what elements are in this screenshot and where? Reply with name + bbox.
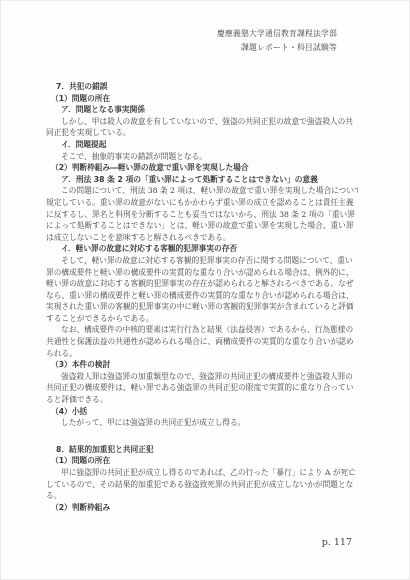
text-line-cont: 実現された重い罪の客観的犯罪事実の中に軽い罪の客観的犯罪事実が含まれていると評価: [46, 301, 358, 313]
text-line-h2: （2）判断枠組み: [46, 502, 358, 514]
text-line-h1: 8．結果的加重犯と共同正犯: [46, 444, 358, 456]
document-page: 慶應義塾大学通信教育課程法学部 課題レポート・科目試験等 7．共犯の錯誤（1）問…: [0, 0, 410, 580]
text-line-indent: 甲に強盗罪の共同正犯が成立し得るのであれば、乙の行った「暴行」により A が死亡: [46, 467, 358, 479]
blank-line: [46, 429, 358, 444]
text-line-cont: することができるからである。: [46, 313, 358, 325]
header-subtitle: 課題レポート・科目試験等: [217, 41, 337, 55]
text-line-indent: したがって、甲には強盗罪の共同正犯が成立し得る。: [46, 417, 358, 429]
text-line-cont: しているので、その結果的加重犯である強盗致死罪の共同正犯が成立しないかが問題とな: [46, 479, 358, 491]
document-body: 7．共犯の錯誤（1）問題の所在ア．問題となる事実関係しかし、甲は殺人の故意を有し…: [46, 81, 358, 513]
text-line-cont: なら、重い罪の構成要件と軽い罪の構成要件の実質的な重なり合いが認められる場合は、: [46, 290, 358, 302]
text-line-cont: に反するし、罪名と科刑を分断することも妥当ではないから、刑法 38 条 2 項の…: [46, 209, 358, 221]
text-line-h3: イ．問題提起: [46, 139, 358, 151]
text-line-cont: は成立しないことを意味すると解されるべきである。: [46, 232, 358, 244]
page-number: p. 117: [322, 537, 352, 548]
text-line-cont: 罪の構成要件と軽い罪の構成要件の実質的な重なり合いが認められる場合は、例外的に、: [46, 267, 358, 279]
text-line-h3: イ．軽い罪の故意に対応する客観的犯罪事実の存否: [46, 243, 358, 255]
text-line-cont: る。: [46, 490, 358, 502]
text-line-indent: そこで、抽象的事実の錯誤が問題となる。: [46, 151, 358, 163]
text-line-cont: によって処断することはできない」とは、軽い罪の故意で重い罪を実現した場合、重い罪: [46, 220, 358, 232]
text-line-cont: 共同正犯の構成要件は、軽い罪である強盗罪の共同正犯の限度で実質的に重なり合ってい: [46, 382, 358, 394]
text-line-indent: そして、軽い罪の故意に対応する客観的犯罪事実の存否に関する問題について、重い: [46, 255, 358, 267]
text-line-cont: られる。: [46, 348, 358, 360]
text-line-h2: （1）問題の所在: [46, 93, 358, 105]
text-line-indent: この問題について、刑法 38 条 2 項は、軽い罪の故意で重い罪を実現した場合に…: [46, 185, 358, 197]
text-line-h3: ア．刑法 38 条 2 項の「重い罪によって処断することはできない」の意義: [46, 174, 358, 186]
text-line-h1: 7．共犯の錯誤: [46, 81, 358, 93]
document-header: 慶應義塾大学通信教育課程法学部 課題レポート・科目試験等: [217, 27, 337, 55]
text-line-h3: ア．問題となる事実関係: [46, 104, 358, 116]
text-line-h2: （3）本件の検討: [46, 359, 358, 371]
text-line-cont: 同正犯を実現している。: [46, 127, 358, 139]
text-line-cont: 軽い罪の故意に対応する客観的犯罪事実の存在が認められると解されるべきである。なぜ: [46, 278, 358, 290]
text-line-h2: （2）判断枠組み―軽い罪の故意で重い罪を実現した場合: [46, 162, 358, 174]
header-institution: 慶應義塾大学通信教育課程法学部: [217, 27, 337, 41]
text-line-h2: （1）問題の所在: [46, 455, 358, 467]
text-line-cont: 規定している。重い罪の故意がないにもかかわらず重い罪の成立を認めることは責任主義: [46, 197, 358, 209]
text-line-h2: （4）小括: [46, 406, 358, 418]
text-line-indent: 強盗殺人罪は強盗罪の加重類型なので、強盗罪の共同正犯の構成要件と強盗殺人罪の: [46, 371, 358, 383]
text-line-cont: 共通性と保護法益の共通性が認められる場合に、両構成要件の実質的な重なり合いが認め: [46, 336, 358, 348]
text-line-indent: なお、構成要件の中核的要素は実行行為と結果（法益侵害）であるから、行為態様の: [46, 324, 358, 336]
text-line-cont: ると評価できる。: [46, 394, 358, 406]
text-line-indent: しかし、甲は殺人の故意を有していないので、強盗の共同正犯の故意で強盗殺人の共: [46, 116, 358, 128]
